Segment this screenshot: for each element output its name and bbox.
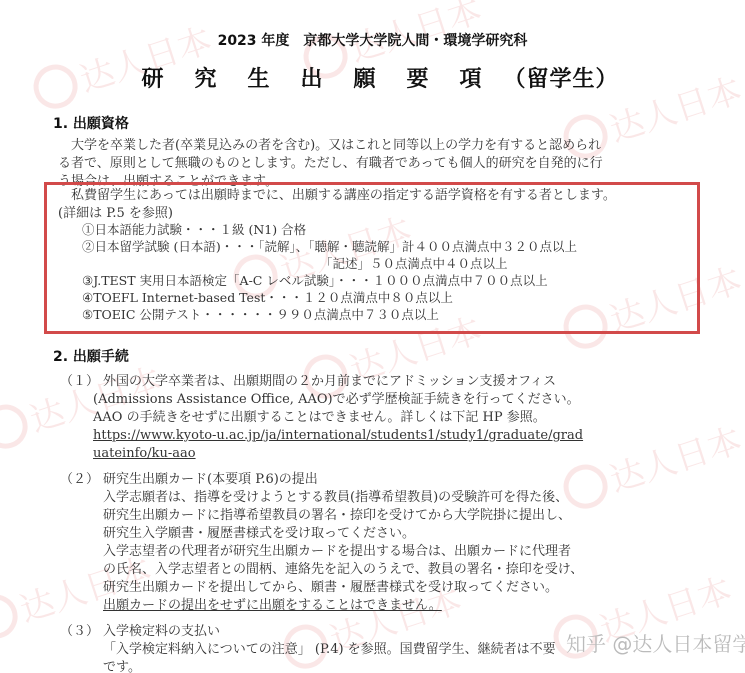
application-card-text: 入学志願者は、指導を受けようとする教員(指導希望教員)の受験許可を得た後、 xyxy=(103,489,568,507)
application-card-heading: 研究生出願カード(本要項 P.6)の提出 xyxy=(103,471,318,489)
requirement-item-eju: ②日本留学試験 (日本語)・・・「読解」、「聴解・聴読解」計４００点満点中３２０… xyxy=(82,238,577,256)
aao-text: AAO の手続きをせずに出願することはできません。詳しくは下記 HP 参照。 xyxy=(93,409,546,427)
document-year-line: 2023 年度 京都大学大学院人間・環境学研究科 xyxy=(0,30,745,50)
watermark-logo: 达人日本 xyxy=(557,413,745,516)
item-number: （３） xyxy=(60,623,99,641)
document-title: 研究生出願要項（留学生） xyxy=(0,62,745,93)
item-number: （２） xyxy=(60,471,99,489)
section-heading-application-procedure: 2. 出願手続 xyxy=(53,346,129,366)
requirement-item-toefl: ④TOEFL Internet-based Test・・・１２０点満点中８０点以… xyxy=(82,289,453,307)
requirement-item-toeic: ⑤TOEIC 公開テスト・・・・・・９９０点満点中７３０点以上 xyxy=(82,306,439,324)
aao-link[interactable]: https://www.kyoto-u.ac.jp/ja/internation… xyxy=(93,427,583,445)
aao-text: 外国の大学卒業者は、出願期間の２か月前までにアドミッション支援オフィス xyxy=(103,373,556,391)
exam-fee-text: です。 xyxy=(103,659,141,673)
section-heading-eligibility: 1. 出願資格 xyxy=(53,113,129,133)
eligibility-text: 大学を卒業した者(卒業見込みの者を含む)。又はこれと同等以上の学力を有すると認め… xyxy=(58,137,601,155)
exam-fee-heading: 入学検定料の支払い xyxy=(103,623,220,641)
application-card-text: の氏名、入学志望者との間柄、連絡先を記入のうえで、教員の署名・捺印を受け、 xyxy=(103,561,583,579)
requirement-item-eju-writing: 「記述」５０点満点中４０点以上 xyxy=(320,255,508,273)
aao-text: (Admissions Assistance Office, AAO)で必ず学歴… xyxy=(93,391,580,409)
eligibility-text: る者で、原則として無職のものとします。ただし、有職者であっても個人的研究を自発的… xyxy=(58,155,603,173)
item-number: （１） xyxy=(60,373,99,391)
application-card-text: 研究生入学願書・履歴書様式を受け取ってください。 xyxy=(103,525,415,543)
zhihu-credit-watermark: 知乎 @达人日本留学 xyxy=(566,628,745,657)
language-requirement-text: 私費留学生にあっては出願時までに、出願する講座の指定する語学資格を有する者としま… xyxy=(58,187,616,205)
application-card-text: 入学志望者の代理者が研究生出願カードを提出する場合は、出願カードに代理者 xyxy=(103,543,571,561)
exam-fee-text: 「入学検定料納入についての注意」 (P.4) を参照。国費留学生、継続者は不要 xyxy=(103,641,556,659)
application-card-warning: 出願カードの提出をせずに出願をすることはできません。 xyxy=(103,597,442,615)
requirement-item-jlpt: ①日本語能力試験・・・１級 (N1) 合格 xyxy=(82,221,306,239)
requirement-item-jtest: ③J.TEST 実用日本語検定「A-C レベル試験」・・・１０００点満点中７００… xyxy=(82,272,548,290)
aao-link[interactable]: uateinfo/ku-aao xyxy=(93,445,196,463)
application-card-text: 研究生出願カードに指導希望教員の署名・捺印を受けてから大学院掛に提出し、 xyxy=(103,507,571,525)
application-card-text: 研究生出願カードを提出してから、願書・履歴書様式を受け取ってください。 xyxy=(103,579,558,597)
